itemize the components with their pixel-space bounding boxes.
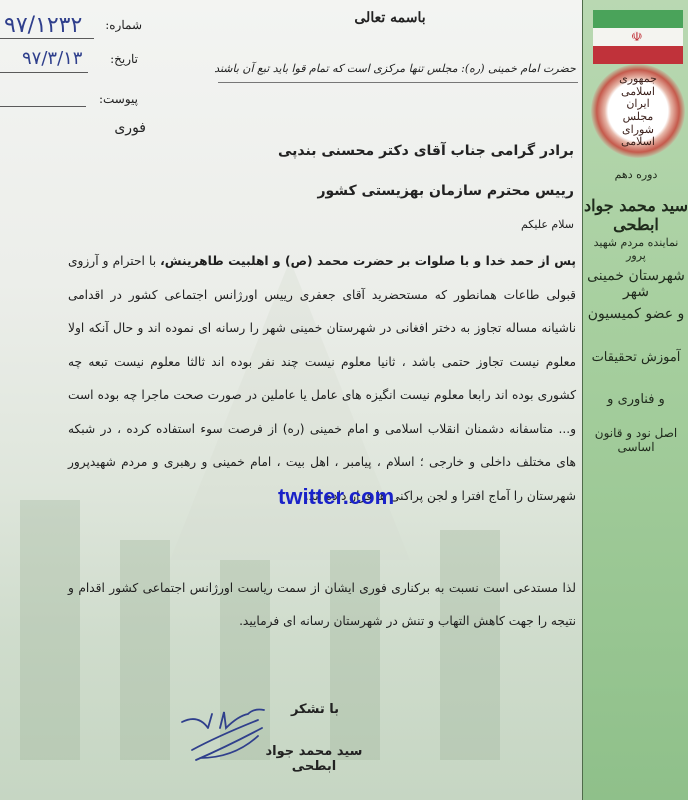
request-paragraph: لذا مستدعی است نسبت به برکناری فوری ایشا… xyxy=(68,572,576,638)
iran-flag-icon: ☫ xyxy=(593,10,683,68)
attachment-underline xyxy=(0,106,86,107)
date-value: ۹۷/۳/۱۳ xyxy=(22,48,82,69)
attachment-label: پیوست: xyxy=(88,92,138,106)
body-text: با احترام و آرزوی قبولی طاعات همانطور که… xyxy=(68,254,576,503)
letterhead-sidebar: ☫ جمهوری اسلامی ایران مجلس شورای اسلامی … xyxy=(582,0,688,800)
parliament-term: دوره دهم xyxy=(583,168,688,181)
date-underline xyxy=(0,72,88,73)
opening-salutation: پس از حمد خدا و با صلوات بر حضرت محمد (ص… xyxy=(160,254,576,268)
sidebar-line: شهرستان خمینی شهر xyxy=(583,268,688,300)
recipient-name: برادر گرامی جناب آقای دکتر محسنی بندپی xyxy=(262,143,574,159)
recipient-title: رییس محترم سازمان بهزیستی کشور xyxy=(262,183,574,199)
letterhead-motto: حضرت امام خمینی (ره): مجلس تنها مرکزی اس… xyxy=(210,62,580,75)
twitter-watermark: twitter.com xyxy=(278,484,394,510)
letter-body-paragraph: پس از حمد خدا و با صلوات بر حضرت محمد (ص… xyxy=(68,245,576,513)
background-pillar xyxy=(440,530,500,760)
mp-name: سید محمد جواد ابطحی xyxy=(583,196,688,234)
motto-underline xyxy=(218,82,578,83)
signatory-name: سید محمد جواد ابطحی xyxy=(244,744,384,774)
date-label: تاریخ: xyxy=(88,52,138,66)
sidebar-line: و عضو کمیسیون xyxy=(583,306,688,322)
number-value: ۹۷/۱۲۳۲ xyxy=(4,13,82,38)
greeting: سلام علیکم xyxy=(262,218,574,231)
closing-thanks: با تشکر xyxy=(270,702,360,717)
invocation-heading: باسمه تعالی xyxy=(300,10,480,26)
parliament-seal-icon: جمهوری اسلامی ایران مجلس شورای اسلامی xyxy=(591,64,685,158)
number-underline xyxy=(0,38,94,39)
number-label: شماره: xyxy=(92,18,142,32)
sidebar-line: اصل نود و قانون اساسی xyxy=(583,426,688,454)
sidebar-line: آموزش تحقیقات xyxy=(583,350,688,365)
sidebar-line: و فناوری و xyxy=(583,392,688,407)
priority-label: فوری xyxy=(96,120,146,136)
sidebar-line: نماینده مردم شهید پرور xyxy=(583,236,688,262)
